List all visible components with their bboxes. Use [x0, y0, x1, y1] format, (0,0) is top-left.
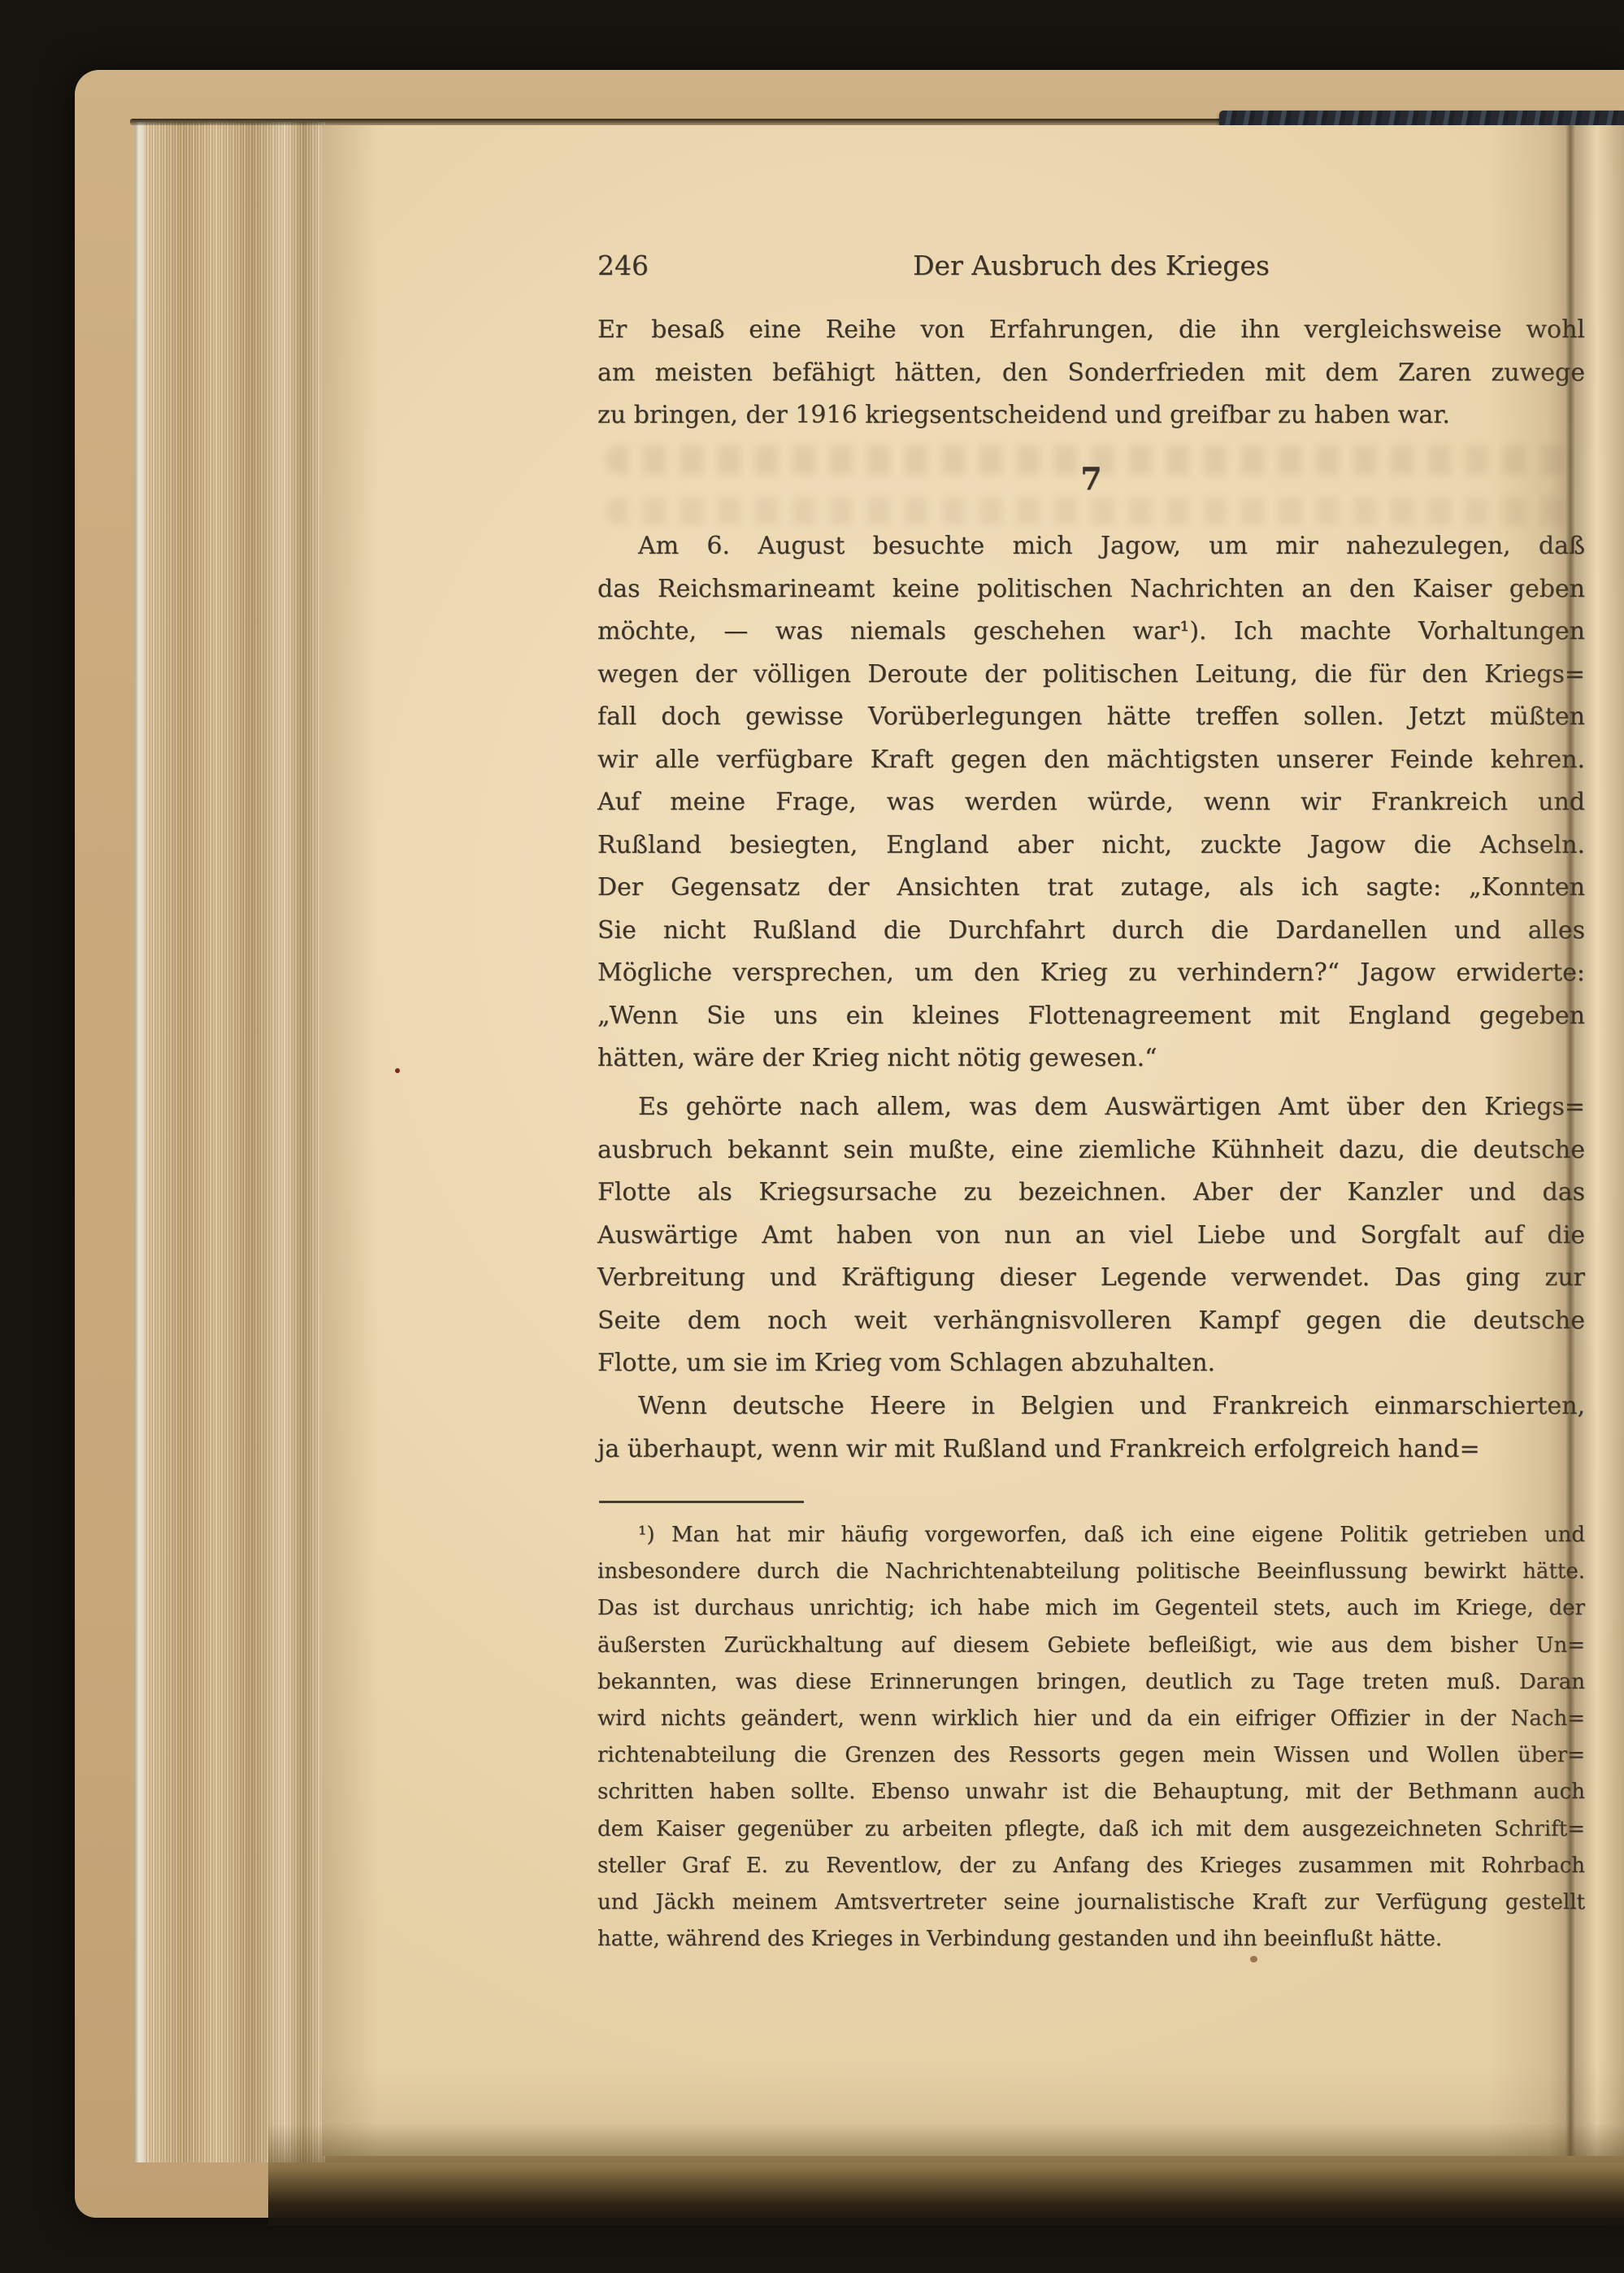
text-line: steller Graf E. zu Reventlow, der zu Anf…	[597, 1848, 1585, 1884]
text-line: äußersten Zurückhaltung auf diesem Gebie…	[597, 1628, 1585, 1664]
text-line: Seite dem noch weit verhängnisvolleren K…	[597, 1300, 1585, 1343]
bottom-shadow	[268, 2123, 1624, 2226]
text-line: wegen der völligen Deroute der politisch…	[597, 654, 1585, 697]
endpaper-edge	[135, 122, 145, 2162]
text-line: ¹) Man hat mir häufig vorgeworfen, daß i…	[597, 1517, 1585, 1554]
paragraph-4: Wenn deutsche Heere in Belgien und Frank…	[597, 1385, 1585, 1471]
text-line: „Wenn Sie uns ein kleines Flottenagreeme…	[597, 995, 1585, 1038]
section-number: 7	[597, 460, 1585, 497]
text-line: hätten, wäre der Krieg nicht nötig gewes…	[597, 1037, 1585, 1080]
text-line: dem Kaiser gegenüber zu arbeiten pflegte…	[597, 1811, 1585, 1848]
text-line: Verbreitung und Kräftigung dieser Legend…	[597, 1257, 1585, 1300]
paragraph-1: Er besaß eine Reihe von Erfahrungen, die…	[597, 309, 1585, 437]
page-left-shade	[322, 125, 379, 2156]
text-line: zu bringen, der 1916 kriegsentscheidend …	[597, 394, 1585, 437]
text-line: fall doch gewisse Vorüberlegungen hätte …	[597, 696, 1585, 739]
text-line: am meisten befähigt hätten, den Sonderfr…	[597, 352, 1585, 395]
text-line: wir alle verfügbare Kraft gegen den mäch…	[597, 739, 1585, 782]
paragraph-2: Am 6. August besuchte mich Jagow, um mir…	[597, 525, 1585, 1080]
text-line: Auswärtige Amt haben von nun an viel Lie…	[597, 1215, 1585, 1258]
text-line: Mögliche versprechen, um den Krieg zu ve…	[597, 952, 1585, 995]
text-line: bekannten, was diese Erinnerungen bringe…	[597, 1664, 1585, 1701]
text-line: Am 6. August besuchte mich Jagow, um mir…	[597, 525, 1585, 568]
text-line: Sie nicht Rußland die Durchfahrt durch d…	[597, 910, 1585, 953]
bleedthrough-smudge	[606, 498, 1573, 525]
paragraph-3: Es gehörte nach allem, was dem Auswärtig…	[597, 1086, 1585, 1385]
text-line: hatte, während des Krieges in Verbindung…	[597, 1921, 1585, 1958]
text-line: Flotte als Kriegsursache zu bezeichnen. …	[597, 1171, 1585, 1215]
text-line: Rußland besiegten, England aber nicht, z…	[597, 824, 1585, 867]
text-line: wird nichts geändert, wenn wirklich hier…	[597, 1701, 1585, 1737]
running-header: Der Ausbruch des Krieges	[597, 244, 1585, 288]
gutter-shade	[1487, 125, 1624, 2156]
page-fore-edge	[145, 122, 325, 2162]
footnote: ¹) Man hat mir häufig vorgeworfen, daß i…	[597, 1517, 1585, 1958]
text-line: Es gehörte nach allem, was dem Auswärtig…	[597, 1086, 1585, 1129]
text-line: Das ist durchaus unrichtig; ich habe mic…	[597, 1590, 1585, 1627]
ink-speck	[395, 1068, 400, 1073]
text-line: Er besaß eine Reihe von Erfahrungen, die…	[597, 309, 1585, 352]
footnote-rule	[599, 1501, 804, 1503]
gutter-crease	[1565, 125, 1575, 2156]
text-line: und Jäckh meinem Amtsvertreter seine jou…	[597, 1884, 1585, 1921]
text-line: insbesondere durch die Nachrichtenabteil…	[597, 1554, 1585, 1590]
text-line: Auf meine Frage, was werden würde, wenn …	[597, 781, 1585, 824]
text-line: das Reichsmarineamt keine politischen Na…	[597, 568, 1585, 611]
text-line: richtenabteilung die Grenzen des Ressort…	[597, 1737, 1585, 1774]
text-line: möchte, — was niemals geschehen war¹). I…	[597, 611, 1585, 654]
page-header: 246 Der Ausbruch des Krieges	[597, 244, 1585, 288]
text-line: ja überhaupt, wenn wir mit Rußland und F…	[597, 1428, 1585, 1471]
text-line: schritten haben sollte. Ebenso unwahr is…	[597, 1774, 1585, 1810]
scanned-book-photo: { "colors":{ "backdrop":"#17140f", "cove…	[0, 0, 1624, 2273]
text-line: Wenn deutsche Heere in Belgien und Frank…	[597, 1385, 1585, 1428]
text-line: ausbruch bekannt sein mußte, eine ziemli…	[597, 1129, 1585, 1172]
text-line: Flotte, um sie im Krieg vom Schlagen abz…	[597, 1342, 1585, 1385]
text-line: Der Gegensatz der Ansichten trat zutage,…	[597, 867, 1585, 910]
